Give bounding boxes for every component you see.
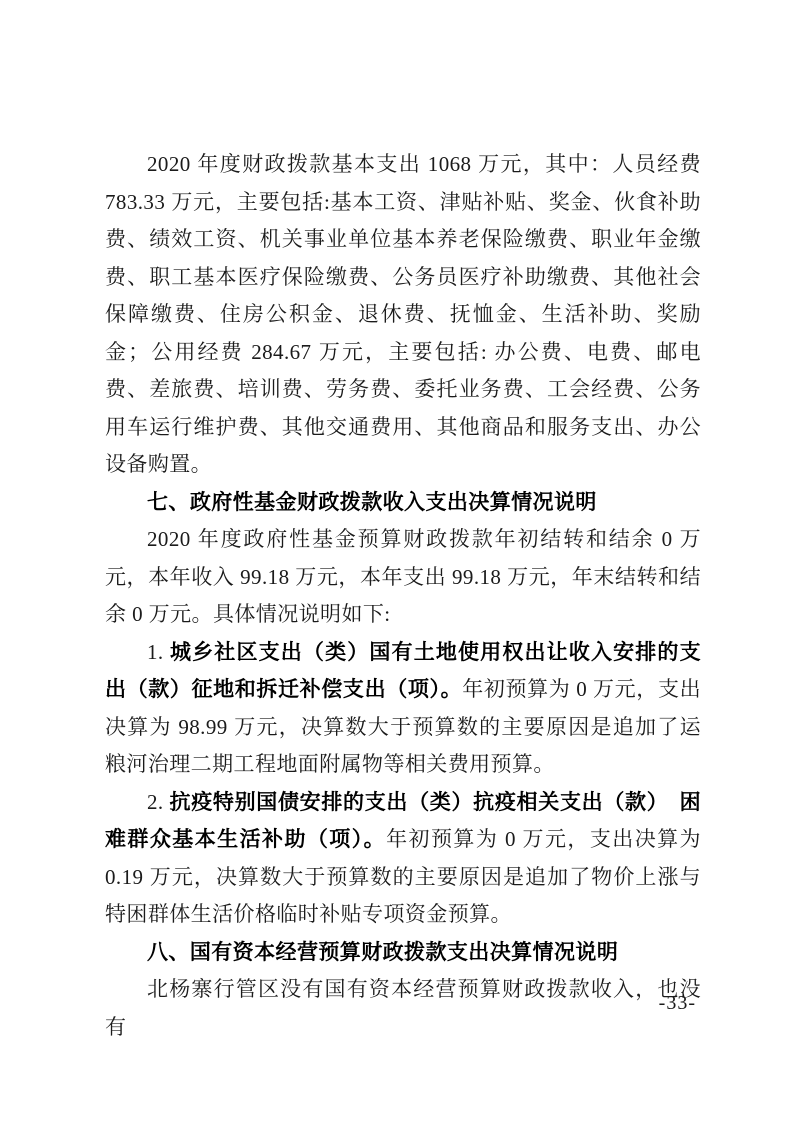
- item-1-number: 1.: [147, 640, 170, 664]
- document-page: 2020 年度财政拨款基本支出 1068 万元，其中：人员经费 783.33 万…: [0, 0, 793, 1122]
- item-2: 2. 抗疫特别国债安排的支出（类）抗疫相关支出（款） 困难群众基本生活补助（项）…: [105, 784, 701, 934]
- page-number: -33-: [659, 991, 696, 1015]
- item-2-number: 2.: [147, 790, 170, 814]
- heading-section-7: 七、政府性基金财政拨款收入支出决算情况说明: [105, 484, 701, 522]
- heading-section-8: 八、国有资本经营预算财政拨款支出决算情况说明: [105, 934, 701, 972]
- paragraph-govfund-overview: 2020 年度政府性基金预算财政拨款年初结转和结余 0 万元，本年收入 99.1…: [105, 521, 701, 634]
- heading-section-8-text: 八、国有资本经营预算财政拨款支出决算情况说明: [147, 941, 618, 964]
- paragraph-basic-expenditure-text: 2020 年度财政拨款基本支出 1068 万元，其中：人员经费 783.33 万…: [105, 152, 701, 476]
- document-body: 2020 年度财政拨款基本支出 1068 万元，其中：人员经费 783.33 万…: [105, 146, 701, 1046]
- paragraph-soe-capital: 北杨寨行管区没有国有资本经营预算财政拨款收入，也没有: [105, 971, 701, 1046]
- paragraph-govfund-overview-text: 2020 年度政府性基金预算财政拨款年初结转和结余 0 万元，本年收入 99.1…: [105, 527, 701, 626]
- paragraph-basic-expenditure: 2020 年度财政拨款基本支出 1068 万元，其中：人员经费 783.33 万…: [105, 146, 701, 484]
- paragraph-soe-capital-text: 北杨寨行管区没有国有资本经营预算财政拨款收入，也没有: [105, 977, 701, 1039]
- item-1: 1. 城乡社区支出（类）国有土地使用权出让收入安排的支出（款）征地和拆迁补偿支出…: [105, 634, 701, 784]
- heading-section-7-text: 七、政府性基金财政拨款收入支出决算情况说明: [147, 491, 597, 514]
